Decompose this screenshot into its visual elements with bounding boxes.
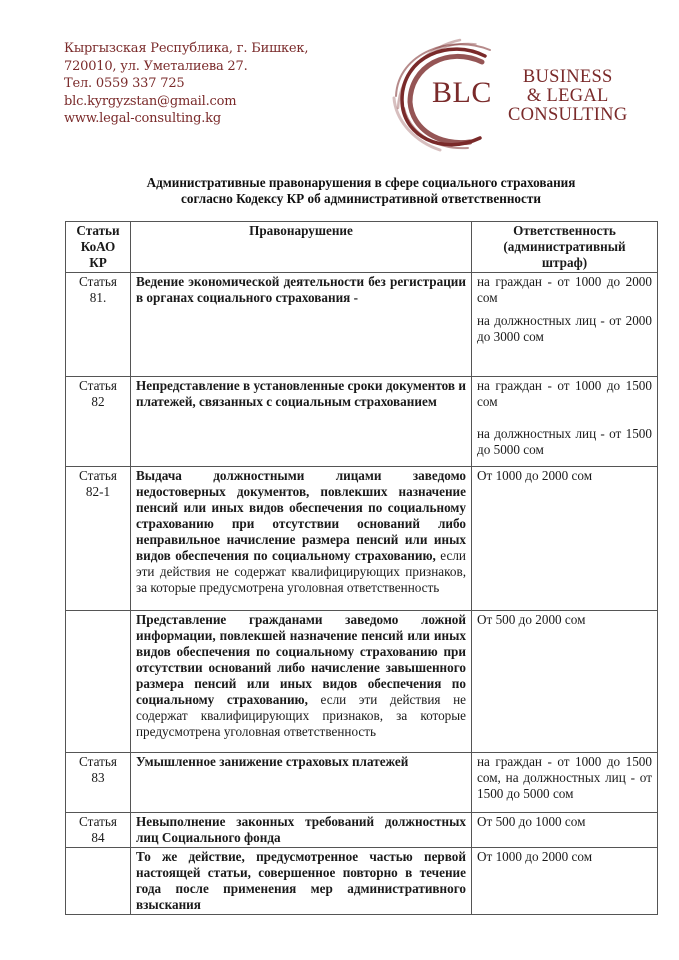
article-cell: Статья 84 bbox=[66, 813, 131, 848]
penalty-text: От 500 до 1000 сом bbox=[477, 814, 652, 830]
table-row: Статья 81. Ведение экономической деятель… bbox=[66, 273, 658, 377]
offense-bold: Выдача должностными лицами заведомо недо… bbox=[136, 468, 466, 563]
penalty-text: на граждан - от 1000 до 2000 сом bbox=[477, 274, 652, 306]
penalty-cell: От 500 до 2000 сом bbox=[472, 611, 658, 753]
title-line: Административные правонарушения в сфере … bbox=[65, 175, 657, 191]
penalty-text: От 1000 до 2000 сом bbox=[477, 468, 652, 484]
address-line: Кыргызская Республика, г. Бишкек, bbox=[64, 40, 308, 58]
article-cell bbox=[66, 611, 131, 753]
contact-block: Кыргызская Республика, г. Бишкек, 720010… bbox=[64, 40, 308, 128]
offense-bold: То же действие, предусмотренное частью п… bbox=[136, 849, 466, 912]
offense-cell: Умышленное занижение страховых платежей bbox=[131, 753, 472, 813]
offense-cell: Непредставление в установленные сроки до… bbox=[131, 377, 472, 467]
penalty-cell: на граждан - от 1000 до 2000 сомна должн… bbox=[472, 273, 658, 377]
penalty-text: на граждан - от 1000 до 1500 сом, на дол… bbox=[477, 754, 652, 802]
website[interactable]: www.legal-consulting.kg bbox=[64, 110, 308, 128]
offense-cell: Выдача должностными лицами заведомо недо… bbox=[131, 467, 472, 611]
phone: Тел. 0559 337 725 bbox=[64, 75, 308, 93]
table-row: То же действие, предусмотренное частью п… bbox=[66, 848, 658, 915]
address-line-2: 720010, ул. Уметалиева 27. bbox=[64, 58, 308, 76]
header-offense: Правонарушение bbox=[131, 222, 472, 273]
table-row: Представление гражданами заведомо ложной… bbox=[66, 611, 658, 753]
offense-cell: Невыполнение законных требований должнос… bbox=[131, 813, 472, 848]
table-row: Статья 83 Умышленное занижение страховых… bbox=[66, 753, 658, 813]
penalty-cell: на граждан - от 1000 до 1500 сомна должн… bbox=[472, 377, 658, 467]
table-header-row: Статьи КоАО КР Правонарушение Ответствен… bbox=[66, 222, 658, 273]
offense-bold: Умышленное занижение страховых платежей bbox=[136, 754, 408, 769]
penalty-text: на должностных лиц - от 1500 до 5000 сом bbox=[477, 426, 652, 458]
logo-monogram: BLC bbox=[432, 76, 492, 110]
penalty-cell: на граждан - от 1000 до 1500 сом, на дол… bbox=[472, 753, 658, 813]
article-cell: Статья 81. bbox=[66, 273, 131, 377]
table-row: Статья 84 Невыполнение законных требован… bbox=[66, 813, 658, 848]
offense-bold: Ведение экономической деятельности без р… bbox=[136, 274, 466, 305]
header-article: Статьи КоАО КР bbox=[66, 222, 131, 273]
penalty-cell: От 1000 до 2000 сом bbox=[472, 467, 658, 611]
offense-cell: Ведение экономической деятельности без р… bbox=[131, 273, 472, 377]
document-title: Административные правонарушения в сфере … bbox=[65, 175, 657, 207]
penalty-text: От 500 до 2000 сом bbox=[477, 612, 652, 628]
penalty-text: на должностных лиц - от 2000 до 3000 сом bbox=[477, 313, 652, 345]
article-cell: Статья 82 bbox=[66, 377, 131, 467]
brand-line: BUSINESS bbox=[508, 68, 628, 87]
brand-line: CONSULTING bbox=[508, 106, 628, 125]
offense-cell: Представление гражданами заведомо ложной… bbox=[131, 611, 472, 753]
company-logo: BLC BUSINESS & LEGAL CONSULTING bbox=[390, 38, 650, 158]
table-row: Статья 82 Непредставление в установленны… bbox=[66, 377, 658, 467]
brand-line: & LEGAL bbox=[508, 87, 628, 106]
penalty-text: От 1000 до 2000 сом bbox=[477, 849, 652, 865]
article-cell: Статья 82-1 bbox=[66, 467, 131, 611]
offense-bold: Непредставление в установленные сроки до… bbox=[136, 378, 466, 409]
offense-cell: То же действие, предусмотренное частью п… bbox=[131, 848, 472, 915]
logo-brand-name: BUSINESS & LEGAL CONSULTING bbox=[508, 68, 628, 125]
article-cell bbox=[66, 848, 131, 915]
penalty-cell: От 1000 до 2000 сом bbox=[472, 848, 658, 915]
table-row: Статья 82-1 Выдача должностными лицами з… bbox=[66, 467, 658, 611]
header-penalty: Ответственность (административный штраф) bbox=[472, 222, 658, 273]
article-cell: Статья 83 bbox=[66, 753, 131, 813]
offense-bold: Невыполнение законных требований должнос… bbox=[136, 814, 466, 845]
violations-table: Статьи КоАО КР Правонарушение Ответствен… bbox=[65, 221, 658, 915]
penalty-cell: От 500 до 1000 сом bbox=[472, 813, 658, 848]
title-line: согласно Кодексу КР об административной … bbox=[65, 191, 657, 207]
email[interactable]: blc.kyrgyzstan@gmail.com bbox=[64, 93, 308, 111]
penalty-text: на граждан - от 1000 до 1500 сом bbox=[477, 378, 652, 410]
